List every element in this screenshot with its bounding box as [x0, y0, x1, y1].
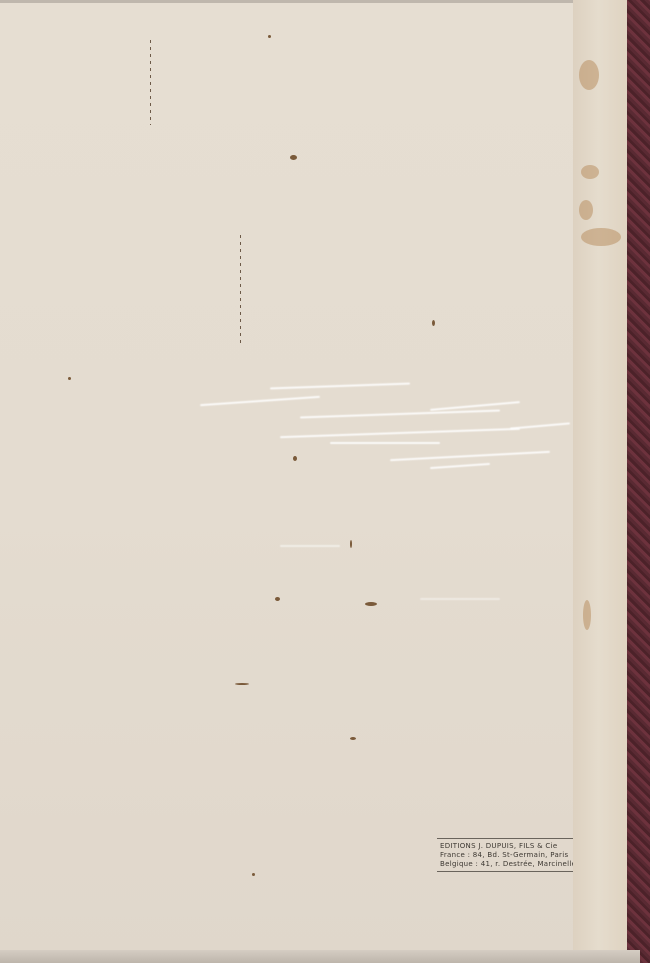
film-glare: [330, 442, 440, 444]
stain-speck: [365, 602, 377, 606]
crease-mark: [240, 235, 241, 345]
publisher-address-france: France : 84, Bd. St-Germain, Paris: [440, 851, 587, 860]
film-glare: [510, 422, 570, 429]
stain-speck: [235, 683, 249, 685]
foxing-stain: [581, 228, 621, 246]
stain-speck: [350, 737, 356, 740]
film-glare: [430, 463, 490, 469]
stain-speck: [68, 377, 71, 380]
foxing-stain: [579, 200, 593, 220]
stain-speck: [268, 35, 271, 38]
bottom-edge: [0, 950, 640, 963]
film-glare: [270, 383, 410, 390]
stain-speck: [252, 873, 255, 876]
cover-paper: EDITIONS J. DUPUIS, FILS & Cie France : …: [0, 0, 578, 963]
stain-speck: [290, 155, 297, 160]
publisher-address-belgium: Belgique : 41, r. Destrée, Marcinelle: [440, 860, 587, 869]
top-edge: [0, 0, 578, 3]
cloth-spine: [627, 0, 650, 963]
film-glare: [280, 545, 340, 547]
film-glare: [420, 598, 500, 600]
crease-mark: [150, 40, 151, 125]
foxing-stain: [583, 600, 591, 630]
stain-speck: [275, 597, 280, 601]
stain-speck: [350, 540, 352, 548]
publisher-name: EDITIONS J. DUPUIS, FILS & Cie: [440, 842, 587, 851]
foxing-stain: [581, 165, 599, 179]
publisher-label: EDITIONS J. DUPUIS, FILS & Cie France : …: [437, 838, 587, 872]
stain-speck: [293, 456, 297, 461]
book-back-cover: EDITIONS J. DUPUIS, FILS & Cie France : …: [0, 0, 650, 963]
film-glare: [200, 396, 320, 406]
film-glare: [280, 428, 520, 438]
stain-speck: [432, 320, 435, 326]
foxing-stain: [579, 60, 599, 90]
film-glare: [300, 410, 500, 419]
film-glare: [390, 451, 550, 461]
